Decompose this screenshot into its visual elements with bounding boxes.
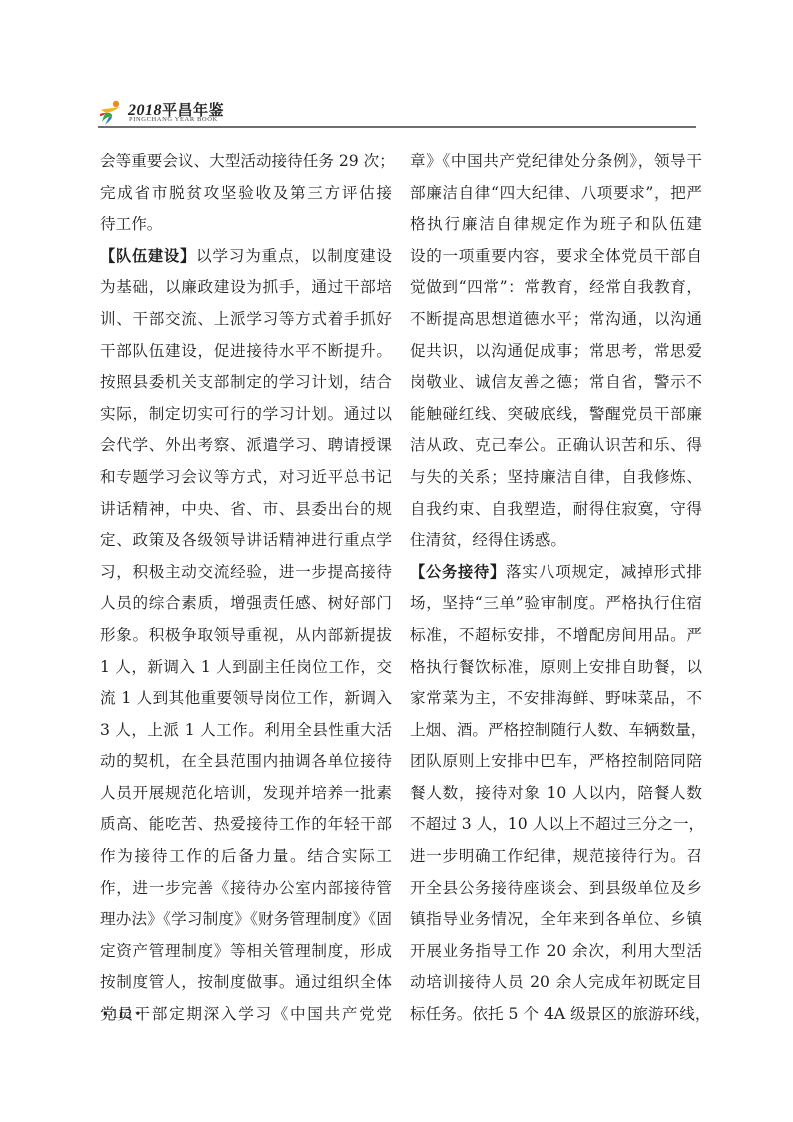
text-line: 习，积极主动交流经验，进一步提高接待: [100, 557, 392, 589]
line-text: 按照县委机关支部制定的学习计划，结合: [100, 373, 392, 391]
line-text: 和专题学习会议等方式，对习近平总书记: [100, 468, 392, 486]
line-text: 自我约束、自我塑造，耐得住寂寞，守得: [410, 500, 702, 518]
text-line: 设的一项重要内容，要求全体党员干部自: [410, 241, 702, 273]
line-text: 洁从政、克己奉公。正确认识苦和乐、得: [410, 436, 702, 454]
line-text: 实际，制定切实可行的学习计划。通过以: [100, 405, 392, 423]
line-text: 会代学、外出考察、派遣学习、聘请授课: [100, 436, 392, 454]
text-line: 岗敬业、诚信友善之德；常自省，警示不: [410, 367, 702, 399]
text-line: 为基础，以廉政建设为抓手，通过干部培: [100, 272, 392, 304]
line-text: 与失的关系；坚持廉洁自律，自我修炼、: [410, 468, 702, 486]
text-line: 进一步明确工作纪律，规范接待行为。召: [410, 841, 702, 873]
line-text: 人员的综合素质，增强责任感、树好部门: [100, 594, 392, 612]
line-text: 按制度管人，按制度做事。通过组织全体: [100, 973, 392, 991]
text-line: 会等重要会议、大型活动接待任务 29 次；: [100, 146, 392, 178]
text-line: 【队伍建设】以学习为重点，以制度建设: [100, 241, 392, 273]
text-line: 按照县委机关支部制定的学习计划，结合: [100, 367, 392, 399]
line-text: 镇指导业务情况，全年来到各单位、乡镇: [410, 910, 702, 928]
line-text: 流 1 人到其他重要领导岗位工作，新调入: [100, 689, 392, 707]
line-text: 动培训接待人员 20 余人完成年初既定目: [410, 973, 702, 991]
text-line: 完成省市脱贫攻坚验收及第三方评估接: [100, 178, 392, 210]
line-text: 完成省市脱贫攻坚验收及第三方评估接: [100, 184, 392, 202]
line-text: 动的契机，在全县范围内抽调各单位接待: [100, 752, 392, 770]
line-text: 训、干部交流、上派学习等方式着手抓好: [100, 310, 392, 328]
line-text: 以学习为重点，以制度建设: [196, 247, 392, 265]
text-line: 洁从政、克己奉公。正确认识苦和乐、得: [410, 430, 702, 462]
yearbook-subtitle: PINGCHANG YEAR BOOK: [129, 116, 218, 123]
line-text: 不断提高思想道德水平；常沟通，以沟通: [410, 310, 702, 328]
text-line: 开全县公务接待座谈会、到县级单位及乡: [410, 873, 702, 905]
line-text: 形象。积极争取领导重视，从内部新提拔: [100, 626, 392, 644]
line-text: 定资产管理制度》等相关管理制度，形成: [100, 942, 392, 960]
line-text: 岗敬业、诚信友善之德；常自省，警示不: [410, 373, 702, 391]
text-line: 家常菜为主，不安排海鲜、野味菜品，不: [410, 683, 702, 715]
text-line: 流 1 人到其他重要领导岗位工作，新调入: [100, 683, 392, 715]
text-line: 能触碰红线、突破底线，警醒党员干部廉: [410, 399, 702, 431]
text-line: 定、政策及各级领导讲话精神进行重点学: [100, 525, 392, 557]
text-line: 格执行廉洁自律规定作为班子和队伍建: [410, 209, 702, 241]
section-heading: 【队伍建设】: [100, 247, 196, 265]
text-line: 作，进一步完善《接待办公室内部接待管: [100, 873, 392, 905]
line-text: 待工作。: [100, 215, 162, 233]
line-text: 质高、能吃苦、热爱接待工作的年轻干部: [100, 815, 392, 833]
line-text: 格执行廉洁自律规定作为班子和队伍建: [410, 215, 702, 233]
text-line: 场，坚持“三单”验审制度。严格执行住宿: [410, 588, 702, 620]
line-text: 觉做到“四常”：常教育，经常自我教育，: [410, 278, 702, 296]
line-text: 3 人，上派 1 人工作。利用全县性重大活: [100, 721, 392, 739]
text-line: 动培训接待人员 20 余人完成年初既定目: [410, 967, 702, 999]
line-text: 家常菜为主，不安排海鲜、野味菜品，不: [410, 689, 702, 707]
text-line: 作为接待工作的后备力量。结合实际工: [100, 841, 392, 873]
line-text: 格执行餐饮标准，原则上安排自助餐，以: [410, 658, 702, 676]
text-line: 格执行餐饮标准，原则上安排自助餐，以: [410, 652, 702, 684]
pingchang-logo-icon: [98, 100, 124, 126]
text-line: 1 人，新调入 1 人到副主任岗位工作，交: [100, 652, 392, 684]
page-number: • 112 •: [103, 1007, 140, 1023]
line-text: 定、政策及各级领导讲话精神进行重点学: [100, 531, 392, 549]
text-line: 3 人，上派 1 人工作。利用全县性重大活: [100, 715, 392, 747]
text-line: 标任务。依托 5 个 4A 级景区的旅游环线，: [410, 999, 702, 1031]
line-text: 作为接待工作的后备力量。结合实际工: [100, 847, 392, 865]
text-line: 上烟、酒。严格控制随行人数、车辆数量，: [410, 715, 702, 747]
header-divider: [98, 126, 696, 128]
text-line: 餐人数，接待对象 10 人以内，陪餐人数: [410, 778, 702, 810]
text-line: 与失的关系；坚持廉洁自律，自我修炼、: [410, 462, 702, 494]
line-text: 章》《中国共产党纪律处分条例》，领导干: [410, 152, 702, 170]
text-line: 促共识，以沟通促成事；常思考，常思爱: [410, 336, 702, 368]
line-text: 党员干部定期深入学习《中国共产党党: [100, 1005, 392, 1023]
text-line: 【公务接待】落实八项规定，减掉形式排: [410, 557, 702, 589]
text-line: 标准，不超标安排，不增配房间用品。严: [410, 620, 702, 652]
text-line: 讲话精神，中央、省、市、县委出台的规: [100, 494, 392, 526]
line-text: 上烟、酒。严格控制随行人数、车辆数量，: [410, 721, 702, 739]
line-text: 住清贫，经得住诱惑。: [410, 531, 566, 549]
line-text: 为基础，以廉政建设为抓手，通过干部培: [100, 278, 392, 296]
text-line: 觉做到“四常”：常教育，经常自我教育，: [410, 272, 702, 304]
text-line: 会代学、外出考察、派遣学习、聘请授课: [100, 430, 392, 462]
line-text: 落实八项规定，减掉形式排: [506, 563, 702, 581]
line-text: 开全县公务接待座谈会、到县级单位及乡: [410, 879, 702, 897]
text-line: 团队原则上安排中巴车，严格控制陪同陪: [410, 746, 702, 778]
text-line: 质高、能吃苦、热爱接待工作的年轻干部: [100, 809, 392, 841]
left-text-column: 会等重要会议、大型活动接待任务 29 次；完成省市脱贫攻坚验收及第三方评估接待工…: [100, 146, 392, 1031]
line-text: 理办法》《学习制度》《财务管理制度》《固: [100, 910, 392, 928]
yearbook-header: 2018平昌年鉴 PINGCHANG YEAR BOOK: [98, 98, 696, 128]
text-line: 动的契机，在全县范围内抽调各单位接待: [100, 746, 392, 778]
section-heading: 【公务接待】: [410, 563, 506, 581]
line-text: 设的一项重要内容，要求全体党员干部自: [410, 247, 702, 265]
text-line: 待工作。: [100, 209, 392, 241]
text-line: 不超过 3 人，10 人以上不超过三分之一，: [410, 809, 702, 841]
line-text: 场，坚持“三单”验审制度。严格执行住宿: [410, 594, 702, 612]
text-line: 镇指导业务情况，全年来到各单位、乡镇: [410, 904, 702, 936]
text-line: 干部队伍建设，促进接待水平不断提升。: [100, 336, 392, 368]
line-text: 餐人数，接待对象 10 人以内，陪餐人数: [410, 784, 702, 802]
line-text: 标任务。依托 5 个 4A 级景区的旅游环线，: [410, 1005, 702, 1023]
text-line: 定资产管理制度》等相关管理制度，形成: [100, 936, 392, 968]
text-line: 按制度管人，按制度做事。通过组织全体: [100, 967, 392, 999]
text-line: 住清贫，经得住诱惑。: [410, 525, 702, 557]
line-text: 干部队伍建设，促进接待水平不断提升。: [100, 342, 392, 360]
text-line: 形象。积极争取领导重视，从内部新提拔: [100, 620, 392, 652]
text-line: 开展业务指导工作 20 余次，利用大型活: [410, 936, 702, 968]
line-text: 习，积极主动交流经验，进一步提高接待: [100, 563, 392, 581]
line-text: 作，进一步完善《接待办公室内部接待管: [100, 879, 392, 897]
line-text: 人员开展规范化培训，发现并培养一批素: [100, 784, 392, 802]
text-line: 章》《中国共产党纪律处分条例》，领导干: [410, 146, 702, 178]
line-text: 标准，不超标安排，不增配房间用品。严: [410, 626, 702, 644]
text-line: 不断提高思想道德水平；常沟通，以沟通: [410, 304, 702, 336]
text-line: 部廉洁自律“四大纪律、八项要求”，把严: [410, 178, 702, 210]
text-line: 党员干部定期深入学习《中国共产党党: [100, 999, 392, 1031]
line-text: 讲话精神，中央、省、市、县委出台的规: [100, 500, 392, 518]
line-text: 进一步明确工作纪律，规范接待行为。召: [410, 847, 702, 865]
text-line: 人员的综合素质，增强责任感、树好部门: [100, 588, 392, 620]
text-line: 训、干部交流、上派学习等方式着手抓好: [100, 304, 392, 336]
text-line: 人员开展规范化培训，发现并培养一批素: [100, 778, 392, 810]
text-line: 实际，制定切实可行的学习计划。通过以: [100, 399, 392, 431]
line-text: 开展业务指导工作 20 余次，利用大型活: [410, 942, 702, 960]
line-text: 1 人，新调入 1 人到副主任岗位工作，交: [100, 658, 392, 676]
right-text-column: 章》《中国共产党纪律处分条例》，领导干部廉洁自律“四大纪律、八项要求”，把严格执…: [410, 146, 702, 1031]
text-line: 理办法》《学习制度》《财务管理制度》《固: [100, 904, 392, 936]
line-text: 不超过 3 人，10 人以上不超过三分之一，: [410, 815, 702, 833]
text-line: 和专题学习会议等方式，对习近平总书记: [100, 462, 392, 494]
line-text: 会等重要会议、大型活动接待任务 29 次；: [100, 152, 392, 170]
line-text: 部廉洁自律“四大纪律、八项要求”，把严: [410, 184, 702, 202]
line-text: 能触碰红线、突破底线，警醒党员干部廉: [410, 405, 702, 423]
line-text: 促共识，以沟通促成事；常思考，常思爱: [410, 342, 702, 360]
line-text: 团队原则上安排中巴车，严格控制陪同陪: [410, 752, 702, 770]
text-line: 自我约束、自我塑造，耐得住寂寞，守得: [410, 494, 702, 526]
